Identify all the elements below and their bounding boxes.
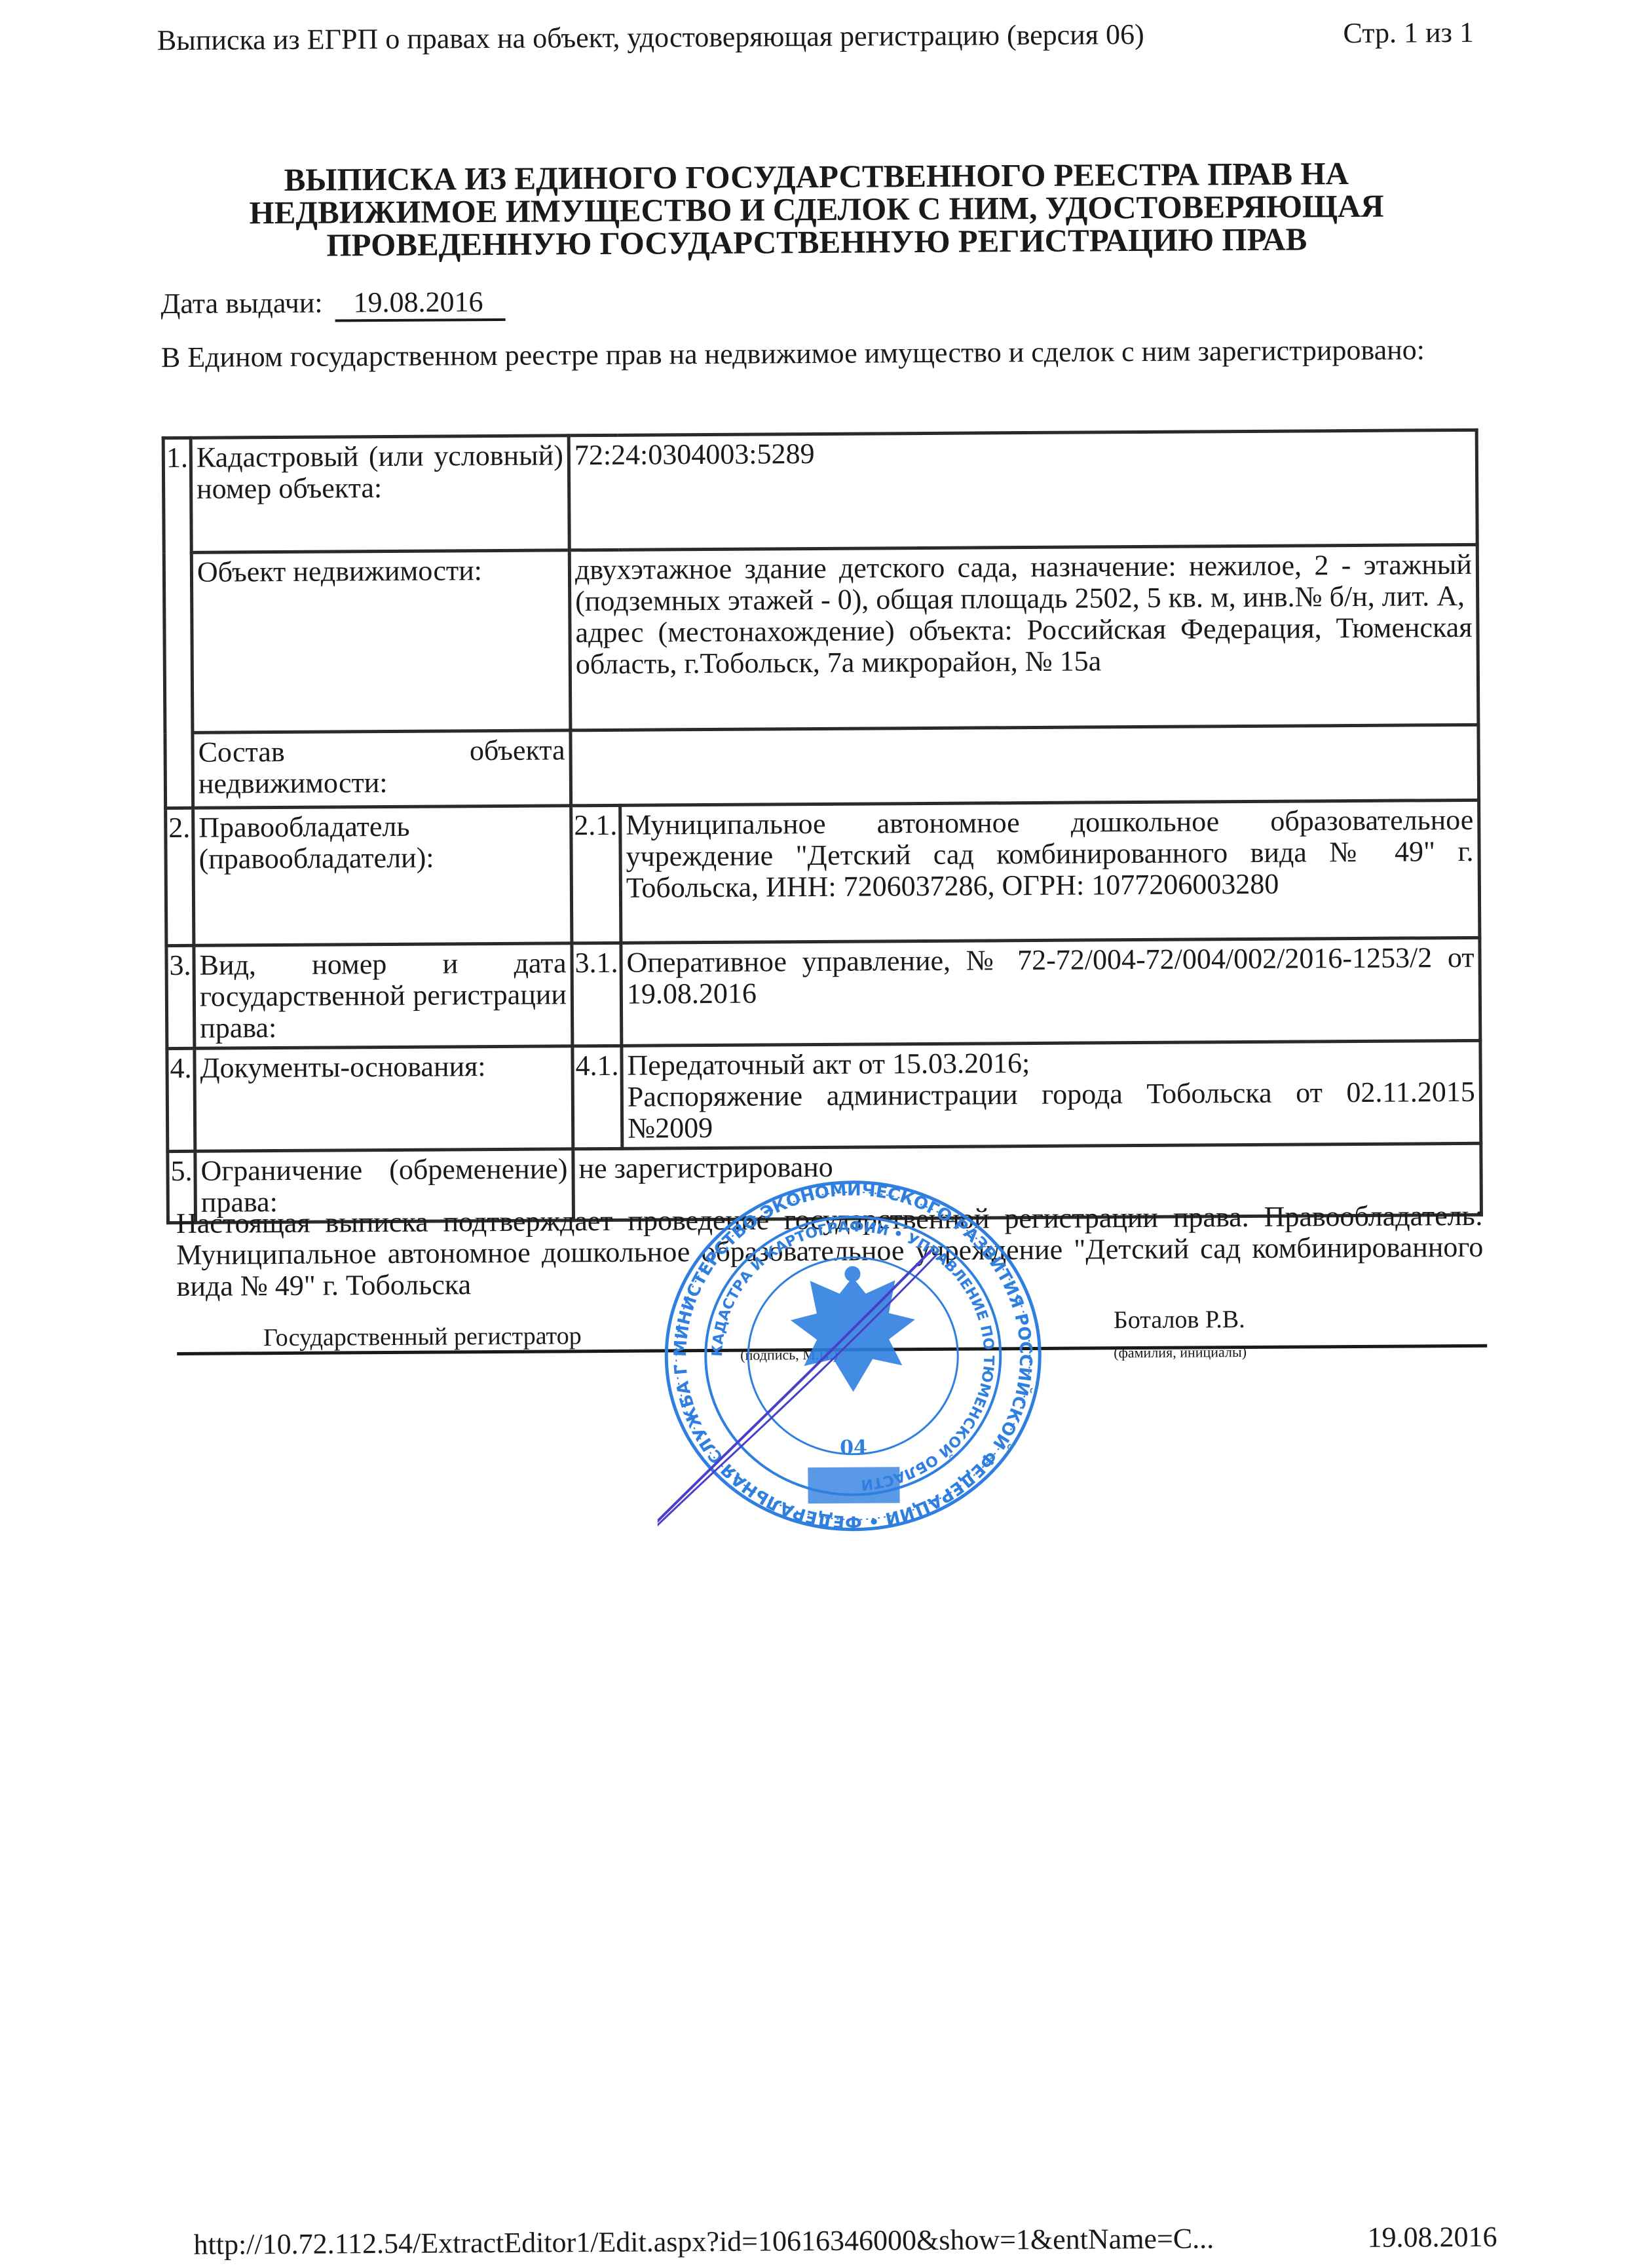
table-row: 2. Правообладатель (правообладатели): 2.… [166,800,1480,945]
registration-record: Оперативное управление, № 72-72/004-72/0… [621,937,1480,1046]
cadastral-number: 72:24:0304003:5289 [569,430,1477,550]
issue-date-row: Дата выдачи: 19.08.2016 [160,285,505,323]
object-description-line: двухэтажное здание детского сада, назнач… [575,549,1473,617]
cadastral-label: Кадастровый (или условный) номер объекта… [197,440,564,504]
sub-number: 4.1. [573,1046,622,1148]
row-label: Кадастровый (или условный) номер объекта… [191,436,569,553]
intro-text: В Едином государственном реестре прав на… [161,333,1475,374]
registrar-role: Государственный регистратор [263,1321,582,1352]
row-number: 3. [166,945,195,1048]
row-number: 1. [163,438,193,808]
row-number: 4. [167,1048,195,1151]
basis-documents: Передаточный акт от 15.03.2016; Распоряж… [622,1040,1481,1148]
title-line: ПРОВЕДЕННУЮ ГОСУДАРСТВЕННУЮ РЕГИСТРАЦИЮ … [159,222,1475,263]
basis-document: Распоряжение администрации города Тоболь… [628,1076,1476,1144]
table-row: 4. Документы-основания: 4.1. Передаточны… [167,1040,1481,1151]
right-holder: Муниципальное автономное дошкольное обра… [620,800,1480,943]
svg-text:04: 04 [840,1437,867,1460]
page-header: Выписка из ЕГРП о правах на объект, удос… [157,16,1474,57]
document-title: ВЫПИСКА ИЗ ЕДИНОГО ГОСУДАРСТВЕННОГО РЕЕС… [158,157,1475,263]
table-row: Состав объекта недвижимости: [165,725,1479,808]
row-label: Состав объекта недвижимости: [193,730,571,808]
name-hint: (фамилия, инициалы) [1114,1344,1247,1361]
object-composition [571,725,1479,805]
row-label: Правообладатель (правообладатели): [193,806,572,946]
row-number: 2. [166,808,194,945]
registry-table: 1. Кадастровый (или условный) номер объе… [162,428,1483,1224]
header-doc-title: Выписка из ЕГРП о правах на объект, удос… [157,18,1144,57]
table-row: 1. Кадастровый (или условный) номер объе… [163,430,1477,552]
table-row: Объект недвижимости: двухэтажное здание … [164,544,1478,732]
table-row: 3. Вид, номер и дата государственной рег… [166,937,1480,1048]
official-seal-icon: МИНИСТЕРСТВО ЭКОНОМИЧЕСКОГО РАЗВИТИЯ РОС… [656,1178,1051,1534]
sub-number: 3.1. [572,943,622,1046]
footer-date: 19.08.2016 [1367,2220,1497,2254]
header-page-indicator: Стр. 1 из 1 [1343,16,1474,50]
page-footer: http://10.72.112.54/ExtractEditor1/Edit.… [193,2220,1497,2261]
row-label: Объект недвижимости: [191,550,571,733]
object-address-line: адрес (местонахождение) объекта: Российс… [575,612,1473,680]
registrar-name: Боталов Р.В. [1114,1305,1245,1334]
sub-number: 2.1. [571,805,621,943]
row-label: Документы-основания: [195,1046,573,1152]
document-page: Выписка из ЕГРП о правах на объект, удос… [0,0,1635,2268]
issue-date-label: Дата выдачи: [160,287,322,320]
footer-url: http://10.72.112.54/ExtractEditor1/Edit.… [193,2221,1214,2261]
row-label: Вид, номер и дата государственной регист… [194,943,573,1049]
object-description: двухэтажное здание детского сада, назнач… [569,544,1478,730]
issue-date-value: 19.08.2016 [335,285,505,322]
